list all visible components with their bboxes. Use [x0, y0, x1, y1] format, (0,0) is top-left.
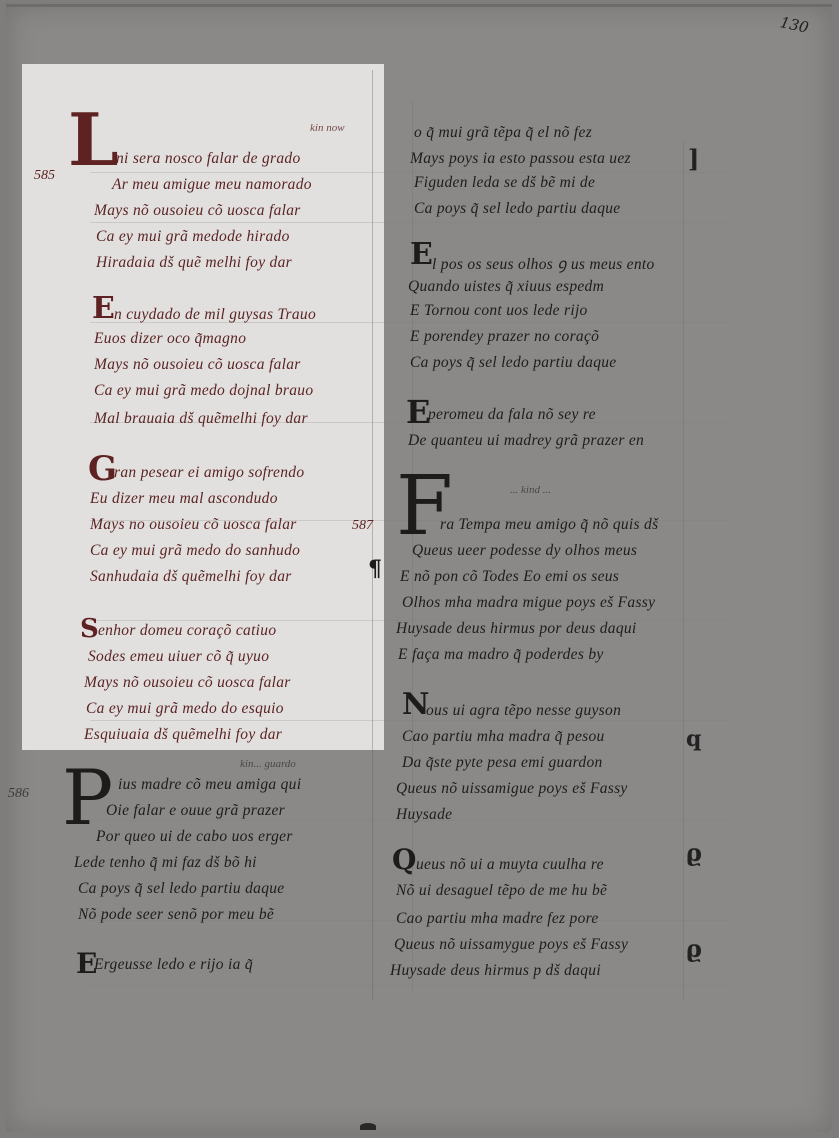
decorated-initial: L	[68, 104, 119, 176]
initial: E	[406, 396, 430, 428]
verse-line: Por queo ui de cabo uos erger	[96, 828, 293, 846]
verse-line: Ca poys q̃ sel ledo partiu daque	[78, 880, 284, 898]
verse-line: Ca poys q̃ sel ledo partiu daque	[414, 200, 620, 218]
poem-number: 586	[8, 786, 29, 802]
verse-line: ni sera nosco falar de grado	[116, 150, 301, 168]
verse-line: Mays nõ ousoieu cõ uosca falar	[94, 356, 301, 374]
verse-line: Huysade deus hirmus por deus daqui	[396, 620, 637, 638]
paragraph-mark: ¶	[368, 556, 382, 582]
verse-line: Queus nõ uissamigue poys eš Fassy	[396, 780, 628, 798]
verse-line: Queus nõ uissamygue poys eš Fassy	[394, 936, 628, 954]
verse-line: Figuden leda se dš bẽ mi de	[414, 174, 595, 192]
margin-bracket: ]	[688, 144, 699, 173]
initial: E	[410, 240, 433, 270]
verse-line: Huysade deus hirmus p dš daqui	[390, 962, 601, 980]
verse-line: Ca ey mui grã medo do sanhudo	[90, 542, 300, 560]
poem-number: 587	[352, 518, 373, 534]
verse-line: Ca ey mui grã medo do esquio	[86, 700, 284, 718]
margin-mark: ϱ	[686, 838, 702, 867]
verse-line: Mal brauaia dš quẽmelhi foy dar	[94, 410, 308, 428]
verse-line: E nõ pon cõ Todes Eo emi os seus	[400, 568, 619, 586]
verse-line: enhor domeu coraçõ catiuo	[98, 622, 276, 640]
verse-line: Ergeusse ledo e rijo ia q̃	[94, 956, 253, 974]
verse-line: Euos dizer oco q̃magno	[94, 330, 246, 348]
decorated-initial: F	[396, 466, 453, 548]
top-note: kin now	[310, 122, 345, 134]
poem-number: 585	[34, 168, 55, 184]
verse-line: ous ui agra tẽpo nesse guyson	[426, 702, 621, 720]
ink-stain	[360, 1123, 376, 1130]
verse-line: E faça ma madro q̃ poderdes by	[398, 646, 604, 664]
verse-line: Ar meu amigue meu namorado	[112, 176, 312, 194]
verse-line: Mays nõ ousoieu cõ uosca falar	[84, 674, 291, 692]
verse-line: Lede tenho q̃ mi faz dš bõ hi	[74, 854, 257, 872]
verse-line: Ca ey mui grã medo dojnal brauo	[94, 382, 313, 400]
verse-line: Eu dizer meu mal ascondudo	[90, 490, 278, 508]
verse-line: Hiradaia dš quẽ melhi foy dar	[96, 254, 292, 272]
verse-line: Cao partiu mha madre fez pore	[396, 910, 599, 928]
verse-line: Olhos mha madra migue poys eš Fassy	[402, 594, 655, 612]
verse-line: Mays poys ia esto passou esta uez	[410, 150, 631, 168]
top-note: ... kind ...	[510, 484, 551, 496]
verse-line: Sanhudaia dš quẽmelhi foy dar	[90, 568, 292, 586]
verse-line: Huysade	[396, 806, 452, 824]
verse-line: Mays nõ ousoieu cõ uosca falar	[94, 202, 301, 220]
top-note: kin... guardo	[240, 758, 296, 770]
page-edge	[6, 4, 832, 7]
verse-line: ueus nõ ui a muyta cuulha re	[416, 856, 604, 874]
paragraph-mark: q	[686, 726, 701, 752]
verse-line: ra Tempa meu amigo q̃ nõ quis dš	[440, 516, 658, 534]
verse-line: ius madre cõ meu amiga qui	[118, 776, 301, 794]
initial: S	[80, 616, 99, 642]
verse-line: Sodes emeu uiuer cõ q̃ uyuo	[88, 648, 269, 666]
verse-line: Queus ueer podesse dy olhos meus	[412, 542, 637, 560]
decorated-initial: P	[62, 760, 113, 836]
initial: E	[92, 294, 115, 324]
verse-line: E Tornou cont uos lede rijo	[410, 302, 588, 320]
verse-line: l pos os seus olhos ꝯ us meus ento	[432, 252, 655, 274]
margin-mark: ϱ	[686, 934, 702, 963]
verse-line: o q̃ mui grã tẽpa q̃ el nõ fez	[414, 124, 592, 142]
verse-line: Oie falar e ouue grã prazer	[106, 802, 285, 820]
verse-line: n cuydado de mil guysas Trauo	[114, 306, 316, 324]
verse-line: Ca poys q̃ sel ledo partiu daque	[410, 354, 616, 372]
verse-line: Da q̃ste pyte pesa emi guardon	[402, 754, 603, 772]
verse-line: Esquiuaia dš quẽmelhi foy dar	[84, 726, 282, 744]
verse-line: Ca ey mui grã medode hirado	[96, 228, 290, 246]
verse-line: Nõ ui desaguel tẽpo de me hu bẽ	[396, 882, 607, 900]
verse-line: Mays no ousoieu cõ uosca falar	[90, 516, 297, 534]
verse-line: E porendey prazer no coraçõ	[410, 328, 599, 346]
verse-line: peromeu da fala nõ sey re	[428, 406, 596, 424]
folio-number: 130	[778, 13, 810, 37]
verse-line: Cao partiu mha madra q̃ pesou	[402, 728, 605, 746]
verse-line: Quando uistes q̃ xiuus espedm	[408, 278, 604, 296]
initial: G	[88, 452, 117, 486]
verse-line: Nõ pode seer senõ por meu bẽ	[78, 906, 274, 924]
verse-line: ran pesear ei amigo sofrendo	[114, 464, 304, 482]
initial: Q	[392, 846, 416, 874]
verse-line: De quanteu ui madrey grã prazer en	[408, 432, 644, 450]
